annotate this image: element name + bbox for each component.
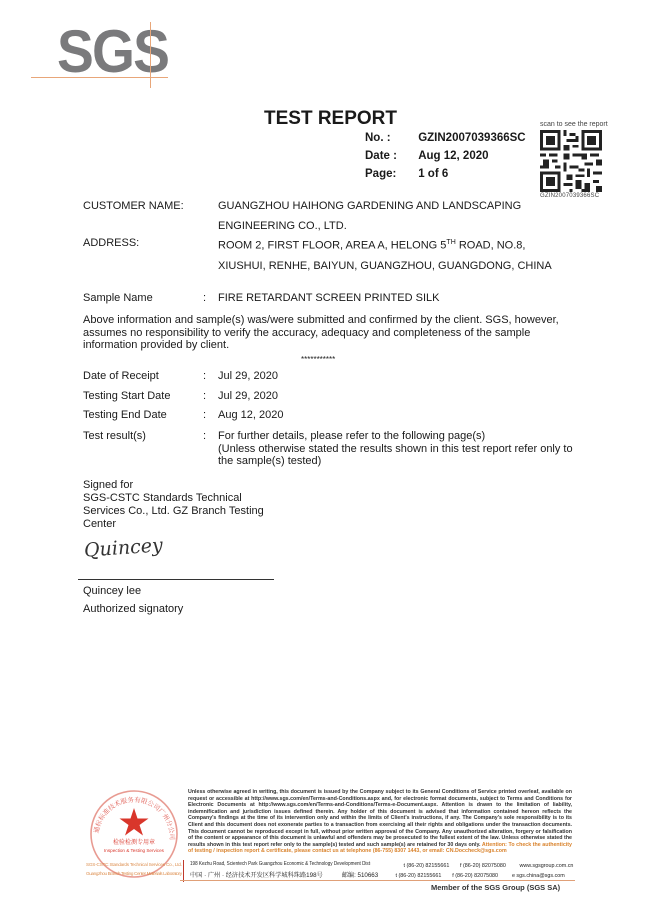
date-of-receipt-colon: : [203, 370, 206, 382]
signed-for-block: Signed for SGS-CSTC Standards Technical … [83, 479, 283, 531]
sample-name-label: Sample Name [83, 292, 153, 304]
footer-address-en-row: 198 Kezhu Road, Scientech Park Guangzhou… [190, 861, 573, 869]
qr-code-icon[interactable] [540, 130, 602, 192]
logo-vertical-rule [150, 22, 151, 88]
signing-org-line1: SGS-CSTC Standards Technical [83, 492, 283, 505]
seal-center-en: Inspection & Testing Services [104, 848, 165, 853]
footer-address-en: 198 Kezhu Road, Scientech Park Guangzhou… [190, 861, 370, 867]
sgs-logo: SGS [57, 22, 168, 82]
footer-divider-horizontal [180, 880, 575, 881]
testing-start-date-colon: : [203, 390, 206, 402]
test-results-line2: (Unless otherwise stated the results sho… [218, 443, 578, 468]
address-line1-superscript: TH [446, 239, 455, 246]
report-date-label: Date : [365, 150, 415, 162]
company-seal-icon: 通标标准技术服务有限公司广州分公司 检验检测专用章 Inspection & T… [86, 786, 182, 882]
client-notice: Above information and sample(s) was/were… [83, 314, 563, 352]
footer-email[interactable]: e sgs.china@sgs.com [512, 873, 565, 879]
testing-end-date-value: Aug 12, 2020 [218, 409, 578, 422]
test-results-value: For further details, please refer to the… [218, 430, 578, 468]
signer-name: Quincey lee [83, 582, 183, 600]
test-results-colon: : [203, 430, 206, 442]
test-results-label: Test result(s) [83, 430, 146, 442]
testing-end-date-colon: : [203, 409, 206, 421]
customer-address: ROOM 2, FIRST FLOOR, AREA A, HELONG 5TH … [218, 233, 552, 276]
address-line2: XIUSHUI, RENHE, BAIYUN, GUANGZHOU, GUANG… [218, 256, 552, 276]
signing-org-line3: Center [83, 518, 283, 531]
report-date: Aug 12, 2020 [418, 150, 488, 162]
address-line1: ROOM 2, FIRST FLOOR, AREA A, HELONG 5TH … [218, 233, 552, 256]
qr-report-id: GZIN2007039366SC [540, 193, 599, 199]
disclaimer-text: Unless otherwise agreed in writing, this… [188, 789, 572, 848]
seal-bottom-line2: Guangzhou Branch Testing Center Material… [86, 871, 182, 876]
footer-postcode-cn: 邮编: 510663 [342, 870, 394, 879]
seal-center-cn: 检验检测专用章 [113, 838, 155, 846]
footer-tel: t (86-20) 82155661 [404, 863, 459, 869]
report-page: 1 of 6 [418, 168, 448, 180]
report-number: GZIN2007039366SC [418, 132, 525, 144]
customer-name-line1: GUANGZHOU HAIHONG GARDENING AND LANDSCAP… [218, 196, 521, 216]
address-line1-part1: ROOM 2, FIRST FLOOR, AREA A, HELONG 5 [218, 240, 446, 252]
signature-line [78, 579, 274, 580]
report-page-label: Page: [365, 168, 415, 180]
testing-start-date-label: Testing Start Date [83, 390, 170, 402]
report-date-row: Date : Aug 12, 2020 [365, 150, 489, 162]
separator-stars: *********** [301, 355, 335, 364]
date-of-receipt-label: Date of Receipt [83, 370, 159, 382]
footer-address-cn: 中国 · 广州 · 经济技术开发区科学城科珠路198号 [190, 870, 340, 879]
footer-address-cn-row: 中国 · 广州 · 经济技术开发区科学城科珠路198号 邮编: 510663 t… [190, 870, 565, 879]
address-line1-part2: ROAD, NO.8, [456, 240, 526, 252]
signed-for-label: Signed for [83, 479, 283, 492]
seal-bottom-line1: SGS-CSTC Standards Technical Services Co… [86, 862, 182, 867]
customer-name-label: CUSTOMER NAME: [83, 200, 184, 212]
footer-tel-2: t (86-20) 82155661 [395, 873, 450, 879]
signer-title: Authorized signatory [83, 600, 183, 618]
footer-fax: f (86-20) 82075080 [460, 863, 518, 869]
handwritten-signature: Quincey [83, 534, 163, 561]
testing-start-date-value: Jul 29, 2020 [218, 390, 578, 403]
sample-name-value: FIRE RETARDANT SCREEN PRINTED SILK [218, 292, 439, 304]
qr-caption: scan to see the report [540, 121, 608, 128]
address-label: ADDRESS: [83, 237, 139, 249]
report-page-row: Page: 1 of 6 [365, 168, 448, 180]
legal-disclaimer: Unless otherwise agreed in writing, this… [188, 789, 572, 855]
footer-website[interactable]: www.sgsgroup.com.cn [520, 863, 574, 869]
sgs-member-note: Member of the SGS Group (SGS SA) [431, 883, 560, 892]
report-title: TEST REPORT [264, 108, 397, 130]
footer-divider-vertical [183, 860, 184, 882]
sample-name-colon: : [203, 292, 206, 304]
footer-fax-2: f (86-20) 82075080 [452, 873, 510, 879]
date-of-receipt-value: Jul 29, 2020 [218, 370, 578, 383]
logo-horizontal-rule [31, 77, 168, 78]
report-number-label: No. : [365, 132, 415, 144]
signing-org-line2: Services Co., Ltd. GZ Branch Testing [83, 505, 283, 518]
testing-end-date-label: Testing End Date [83, 409, 167, 421]
test-results-line1: For further details, please refer to the… [218, 430, 578, 443]
customer-name: GUANGZHOU HAIHONG GARDENING AND LANDSCAP… [218, 196, 521, 236]
report-number-row: No. : GZIN2007039366SC [365, 132, 526, 144]
signer-block: Quincey lee Authorized signatory [83, 582, 183, 618]
